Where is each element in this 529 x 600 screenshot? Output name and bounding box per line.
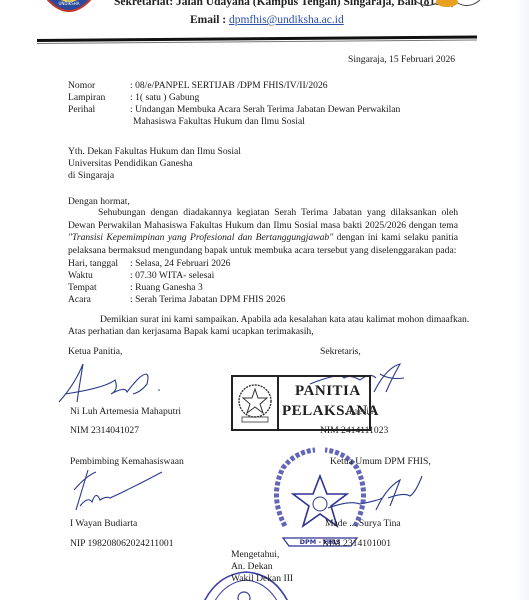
pembimbing-nip: NIP 198208062024211001	[70, 538, 174, 550]
email-label: Email :	[190, 14, 229, 26]
mengetahui-label: Mengetahui,	[231, 549, 279, 561]
event-value: : Selasa, 24 Februari 2026	[130, 258, 230, 269]
closing-line: Atas perhatian dan kerjasama Bapak kami …	[68, 326, 314, 338]
university-emblem-icon: UNDIKSHA	[40, 0, 98, 18]
event-value: : 07.30 WITA- selesai	[130, 270, 214, 281]
meta-lampiran: Lampiran: 1( satu ) Gabung	[68, 92, 199, 104]
stamp-divider	[277, 377, 279, 429]
recipient-line: di Singaraja	[68, 170, 114, 182]
an-dekan-label: An. Dekan	[231, 561, 273, 573]
svg-text:UNDIKSHA: UNDIKSHA	[58, 1, 79, 6]
event-label: Hari, tanggal	[68, 258, 130, 270]
event-label: Tempat	[68, 282, 130, 294]
ketua-umum-nim: NIM 2314101001	[322, 538, 391, 550]
stamp-text-panitia: PANITIA	[295, 383, 361, 400]
event-theme: "Transisi Kepemimpinan yang Profesional …	[68, 232, 333, 243]
meta-label: Perihal	[68, 104, 130, 116]
ketua-umum-role: Ketua Umum DPM FHIS,	[330, 456, 431, 468]
organization-emblem-icon	[412, 0, 482, 10]
letterhead-email-line: Email : dpmfhis@undiksha.ac.id	[190, 14, 344, 26]
sekretaris-name: ...naesia	[342, 406, 373, 418]
panitia-pelaksana-stamp: PANITIA PELAKSANA	[231, 375, 371, 431]
meta-value: : Undangan Membuka Acara Serah Terima Ja…	[130, 104, 400, 115]
ketua-panitia-role: Ketua Panitia,	[68, 346, 122, 358]
meta-perihal: Perihal: Undangan Membuka Acara Serah Te…	[68, 104, 400, 116]
page-edge-shadow	[515, 0, 529, 600]
meta-label: Nomor	[68, 80, 130, 92]
event-date: Hari, tanggal: Selasa, 24 Februari 2026	[68, 258, 230, 270]
meta-perihal-continued: Mahasiswa Fakultas Hukum dan Ilmu Sosial	[133, 116, 305, 128]
email-link[interactable]: dpmfhis@undiksha.ac.id	[229, 14, 344, 26]
pembimbing-name: I Wayan Budiarta	[70, 518, 137, 530]
letterhead-address: Sekretariat: Jalan Udayana (Kampus Tenga…	[114, 0, 455, 8]
ketua-panitia-name: Ni Luh Artemesia Mahaputri	[70, 406, 181, 418]
ketua-umum-name: Made ... Surya Tina	[325, 518, 401, 530]
letter-page: UNDIKSHA Sekretariat: Jalan Udayana (Kam…	[0, 0, 529, 600]
wakil-dekan-label: Wakil Dekan III	[231, 573, 293, 585]
pembimbing-signature	[66, 460, 166, 520]
meta-label: Lampiran	[68, 92, 130, 104]
event-label: Waktu	[68, 270, 130, 282]
body-paragraph: Sehubungan dengan diadakannya kegiatan S…	[68, 207, 458, 258]
sekretaris-nim: NIM 2414111023	[320, 425, 388, 437]
event-name: Acara: Serah Terima Jabatan DPM FHIS 202…	[68, 294, 285, 306]
meta-nomor: Nomor: 08/e/PANPEL SERTIJAB /DPM FHIS/IV…	[68, 80, 328, 92]
recipient-line: Universitas Pendidikan Ganesha	[68, 158, 193, 170]
ketua-panitia-nim: NIM 2314041027	[70, 425, 139, 437]
stamp-emblem-icon	[236, 381, 274, 425]
place-date: Singaraja, 15 Februari 2026	[348, 54, 455, 66]
meta-value: : 1( satu ) Gabung	[130, 92, 199, 103]
recipient-line: Yth. Dekan Fakultas Hukum dan Ilmu Sosia…	[68, 146, 241, 158]
meta-value: : 08/e/PANPEL SERTIJAB /DPM FHIS/IV/II/2…	[130, 80, 328, 91]
body-intro: Sehubungan dengan diadakannya kegiatan S…	[68, 207, 458, 231]
event-label: Acara	[68, 294, 130, 306]
event-time: Waktu: 07.30 WITA- selesai	[68, 270, 214, 282]
sekretaris-role: Sekretaris,	[320, 346, 361, 358]
ketua-umum-signature	[320, 470, 430, 516]
ketua-panitia-signature	[55, 358, 165, 408]
event-place: Tempat: Ruang Ganesha 3	[68, 282, 203, 294]
event-value: : Serah Terima Jabatan DPM FHIS 2026	[130, 294, 285, 305]
closing-line: Demikian surat ini kami sampaikan. Apabi…	[100, 314, 469, 326]
event-value: : Ruang Ganesha 3	[130, 282, 203, 293]
